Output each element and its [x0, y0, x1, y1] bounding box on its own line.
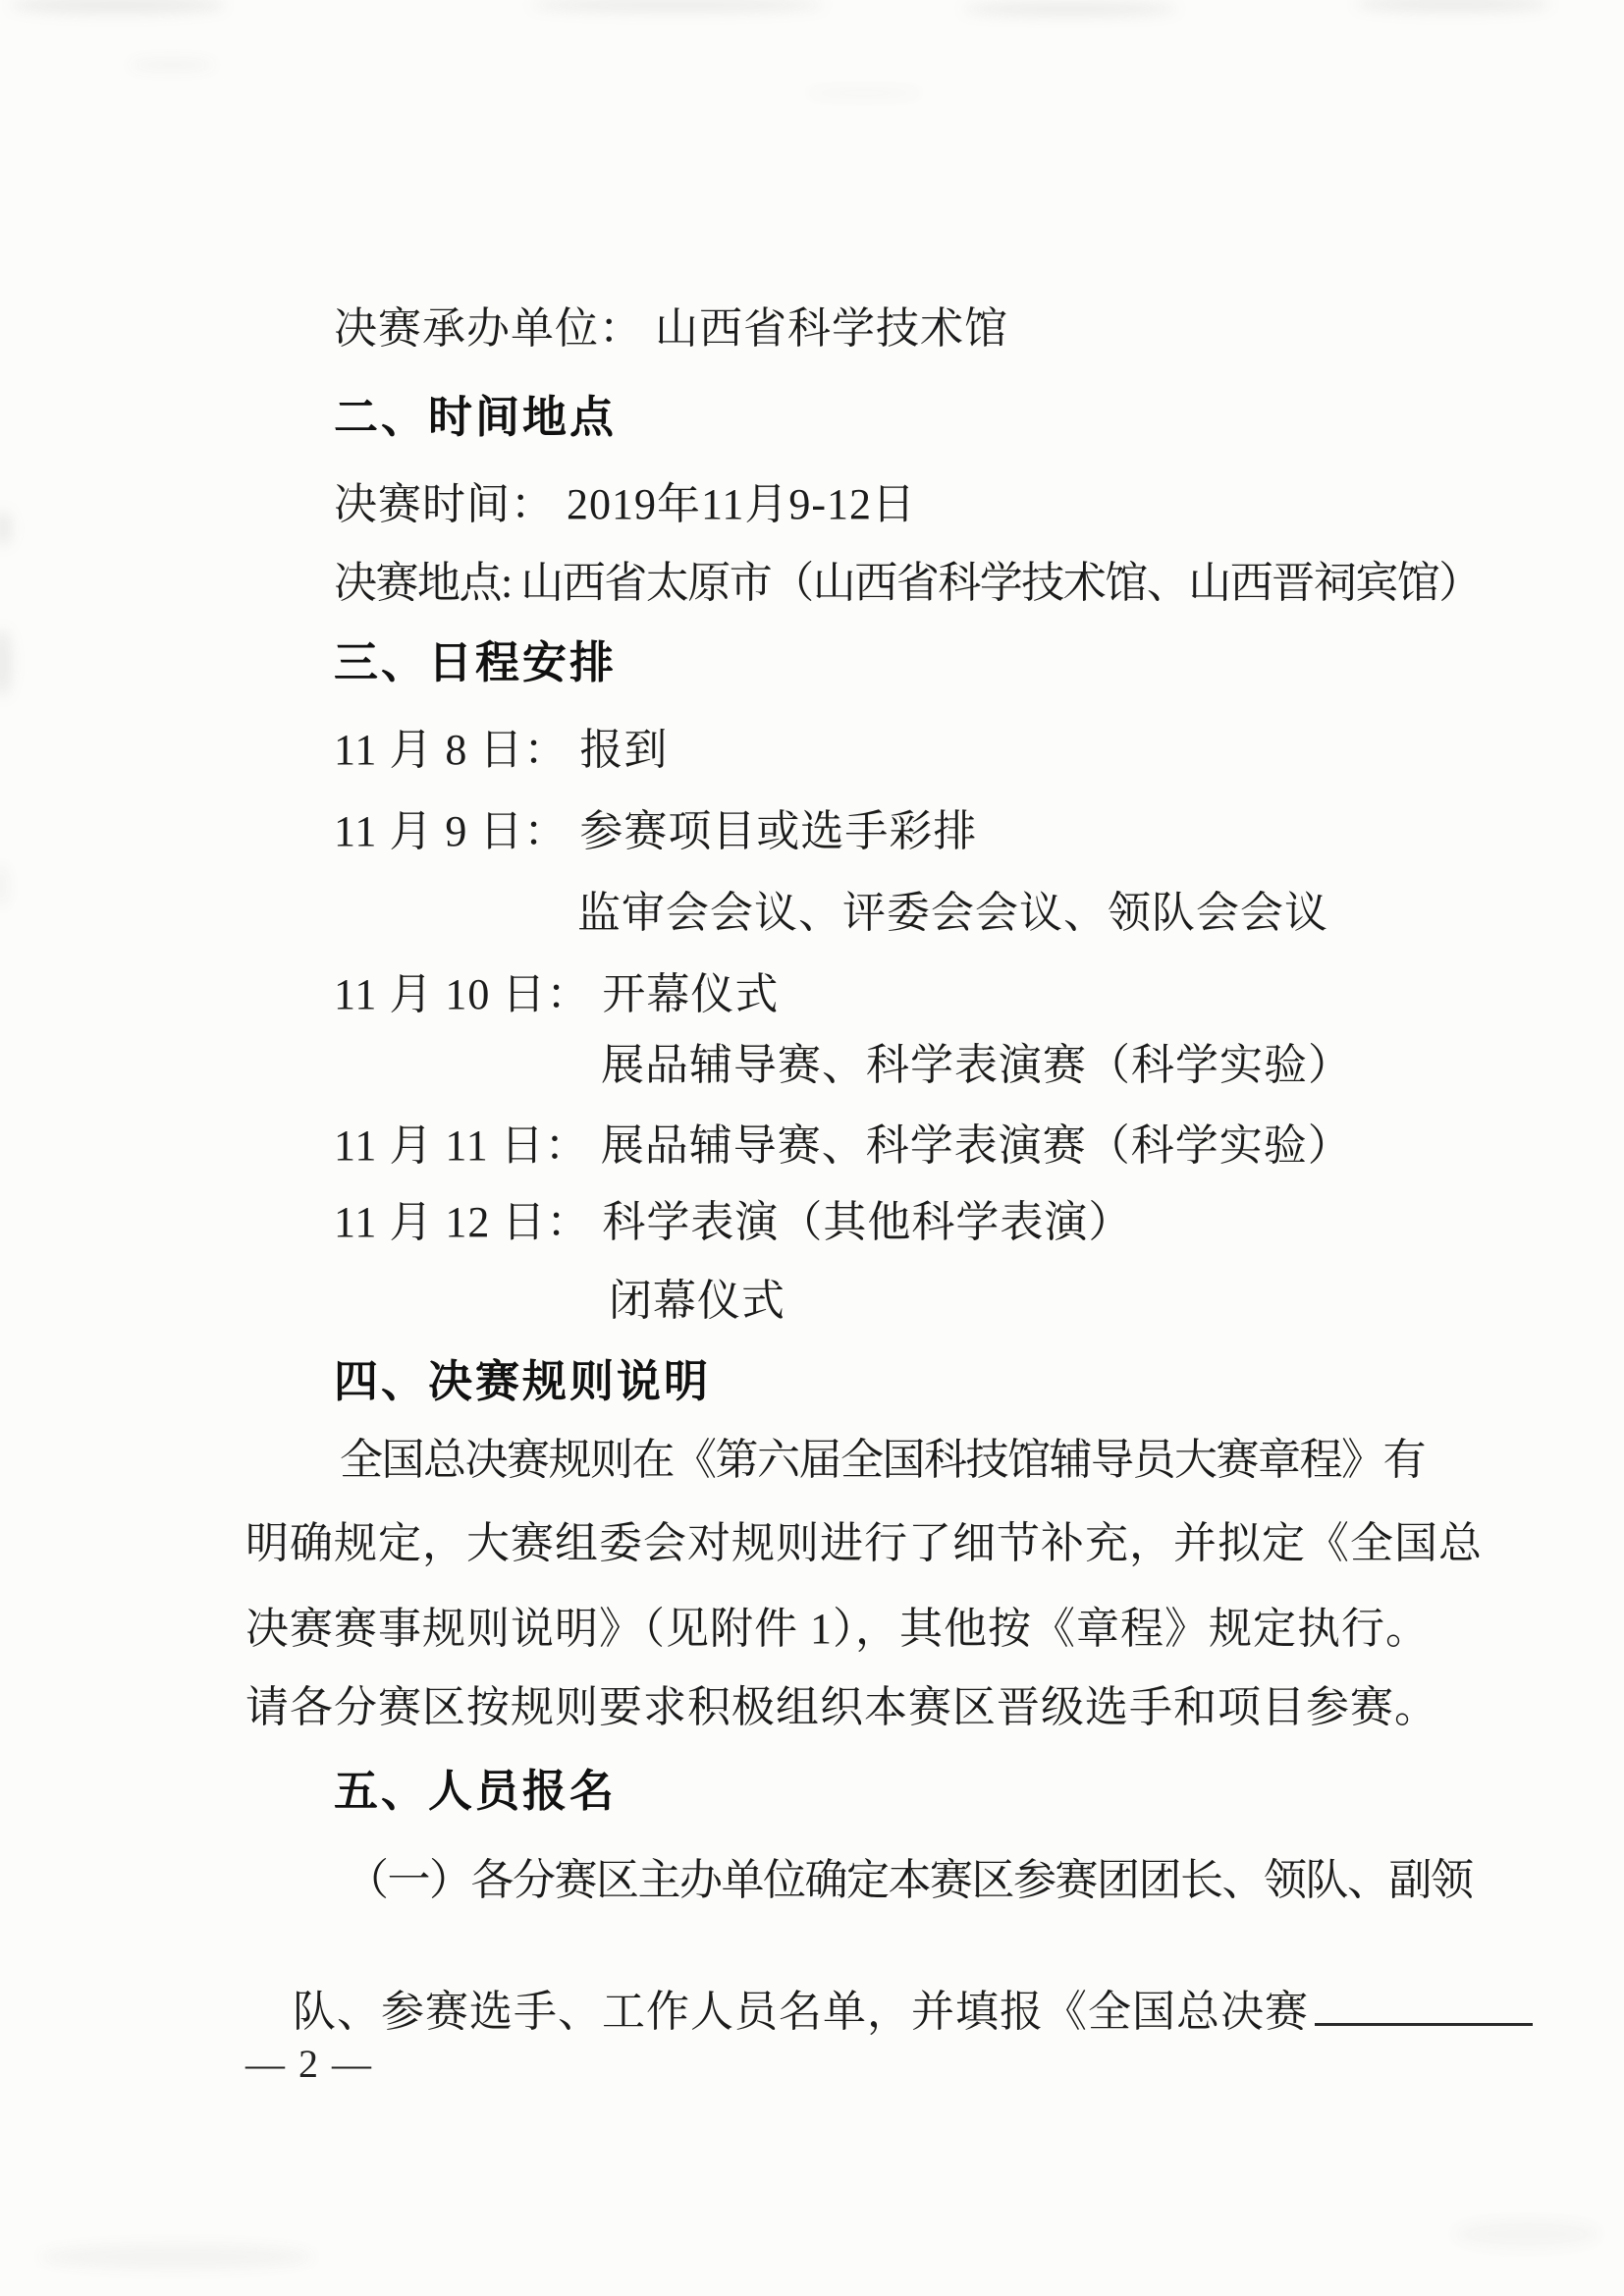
line-final-host-unit: 决赛承办单位： 山西省科学技术馆	[334, 302, 1008, 355]
heading-schedule: 三、日程安排	[334, 636, 617, 689]
page-number: — 2 —	[245, 2041, 373, 2087]
registration-paragraph-line-2: 队、参赛选手、工作人员名单，并填报《全国总决赛	[245, 1927, 1533, 2092]
rules-paragraph-line-3: 决赛赛事规则说明》（见附件 1），其他按《章程》规定执行。	[245, 1603, 1430, 1656]
schedule-line-nov11: 11 月 11 日： 展品辅导赛、科学表演赛（科学实验）	[334, 1120, 1352, 1173]
schedule-line-nov10: 11 月 10 日： 开幕仪式	[334, 968, 779, 1021]
schedule-line-closing: 闭幕仪式	[609, 1275, 785, 1328]
rules-paragraph-line-2: 明确规定，大赛组委会对规则进行了细节补充，并拟定《全国总	[245, 1517, 1483, 1570]
schedule-line-nov10-competitions: 展品辅导赛、科学表演赛（科学实验）	[601, 1039, 1352, 1092]
document-page: 决赛承办单位： 山西省科学技术馆 二、时间地点 决赛时间： 2019年11月9-…	[0, 0, 1624, 2296]
registration-paragraph-line-2-text: 队、参赛选手、工作人员名单，并填报《全国总决赛	[293, 1988, 1309, 2036]
heading-final-rules: 四、决赛规则说明	[334, 1355, 711, 1408]
schedule-line-nov12: 11 月 12 日： 科学表演（其他科学表演）	[334, 1196, 1132, 1249]
schedule-line-nov9-meetings: 监审会会议、评委会会议、领队会会议	[577, 887, 1328, 940]
schedule-line-nov8: 11 月 8 日： 报到	[334, 724, 668, 777]
schedule-line-nov9: 11 月 9 日： 参赛项目或选手彩排	[334, 805, 977, 858]
heading-time-place: 二、时间地点	[334, 391, 617, 444]
rules-paragraph-line-1: 全国总决赛规则在《第六届全国科技馆辅导员大赛章程》有	[340, 1434, 1425, 1487]
line-final-time: 决赛时间： 2019年11月9-12日	[334, 478, 916, 531]
line-final-location: 决赛地点: 山西省太原市（山西省科学技术馆、山西晋祠宾馆）	[334, 557, 1481, 610]
registration-paragraph-line-1: （一）各分赛区主办单位确定本赛区参赛团团长、领队、副领	[346, 1854, 1473, 1907]
fill-in-blank-underline	[1315, 1980, 1533, 2026]
rules-paragraph-line-4: 请各分赛区按规则要求积极组织本赛区晋级选手和项目参赛。	[245, 1681, 1438, 1734]
heading-registration: 五、人员报名	[334, 1765, 617, 1818]
